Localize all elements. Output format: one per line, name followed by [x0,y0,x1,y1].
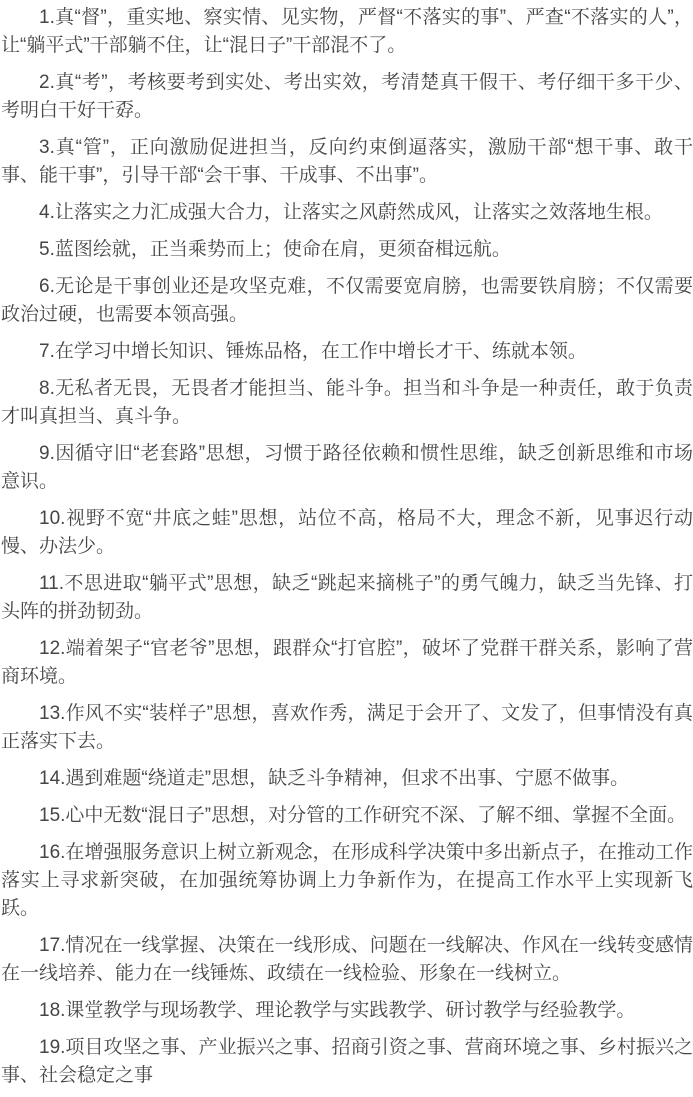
paragraph-11: 11.不思进取“躺平式”思想，缺乏“跳起来摘桃子”的勇气魄力，缺乏当先锋、打头阵… [1,570,693,626]
paragraph-16: 16.在增强服务意识上树立新观念，在形成科学决策中多出新点子，在推动工作落实上寻… [1,839,693,923]
paragraph-10: 10.视野不宽“井底之蛙”思想，站位不高，格局不大，理念不新，见事迟行动慢、办法… [1,505,693,561]
paragraph-19: 19.项目攻坚之事、产业振兴之事、招商引资之事、营商环境之事、乡村振兴之事、社会… [1,1034,693,1090]
paragraph-12: 12.端着架子“官老爷”思想，跟群众“打官腔”，破坏了党群干群关系，影响了营商环… [1,635,693,691]
paragraph-7: 7.在学习中增长知识、锤炼品格，在工作中增长才干、练就本领。 [1,338,693,366]
paragraph-13: 13.作风不实“装样子”思想，喜欢作秀，满足于会开了、文发了，但事情没有真正落实… [1,700,693,756]
paragraph-8: 8.无私者无畏，无畏者才能担当、能斗争。担当和斗争是一种责任，敢于负责才叫真担当… [1,375,693,431]
paragraph-1: 1.真“督”，重实地、察实情、见实物，严督“不落实的事”、严查“不落实的人”，让… [1,4,693,60]
paragraph-5: 5.蓝图绘就，正当乘势而上；使命在肩，更须奋楫远航。 [1,236,693,264]
paragraph-17: 17.情况在一线掌握、决策在一线形成、问题在一线解决、作风在一线转变感情在一线培… [1,932,693,988]
paragraph-3: 3.真“管”，正向激励促进担当，反向约束倒逼落实，激励干部“想干事、敢干事、能干… [1,134,693,190]
paragraph-18: 18.课堂教学与现场教学、理论教学与实践教学、研讨教学与经验教学。 [1,997,693,1025]
paragraph-9: 9.因循守旧“老套路”思想，习惯于路径依赖和惯性思维，缺乏创新思维和市场意识。 [1,440,693,496]
paragraph-4: 4.让落实之力汇成强大合力，让落实之风蔚然成风，让落实之效落地生根。 [1,199,693,227]
article: 1.真“督”，重实地、察实情、见实物，严督“不落实的事”、严查“不落实的人”，让… [0,0,693,1090]
paragraph-15: 15.心中无数“混日子”思想，对分管的工作研究不深、了解不细、掌握不全面。 [1,802,693,830]
paragraph-2: 2.真“考”，考核要考到实处、考出实效，考清楚真干假干、考仔细干多干少、考明白干… [1,69,693,125]
paragraph-6: 6.无论是干事创业还是攻坚克难，不仅需要宽肩膀，也需要铁肩膀；不仅需要政治过硬，… [1,273,693,329]
paragraph-14: 14.遇到难题“绕道走”思想，缺乏斗争精神，但求不出事、宁愿不做事。 [1,765,693,793]
